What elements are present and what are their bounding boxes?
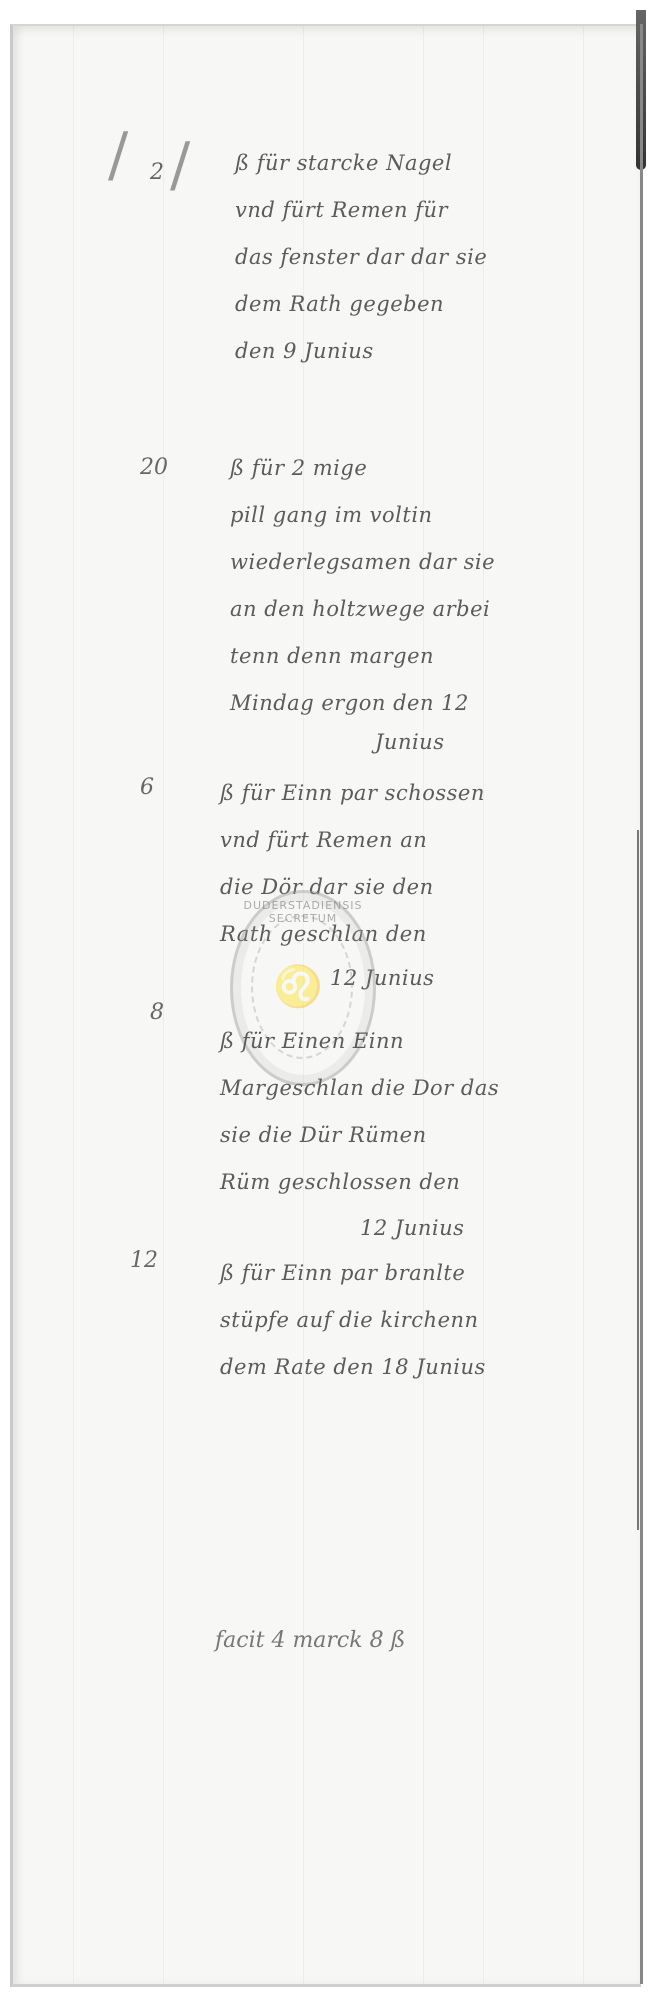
ledger-entry: ß für Einn par branlte stüpfe auf die ki… — [90, 1250, 486, 1391]
lion-emblem-icon: ♌ — [273, 963, 323, 1010]
entry-line: ß für Einn par schossen — [90, 770, 485, 817]
entry-line: sie die Dür Rümen — [90, 1112, 499, 1159]
entry-line: dem Rate den 18 Junius — [90, 1344, 486, 1391]
entry-line: den 9 Junius — [105, 328, 487, 375]
entry-line: vnd fürt Remen an — [90, 817, 485, 864]
entry-line: dem Rath gegeben — [105, 281, 487, 328]
seal-legend: DUDERSTADIENSIS SECRETUM — [233, 899, 373, 925]
sum-total: facit 4 marck 8 ß — [215, 1628, 405, 1653]
entry-line: vnd fürt Remen für — [105, 187, 487, 234]
ledger-entry: ß für Einen Einn Margeschlan die Dor das… — [90, 1018, 499, 1250]
entry-line: tenn denn margen — [100, 633, 495, 680]
paper-line — [583, 26, 584, 1984]
entry-line: stüpfe auf die kirchenn — [90, 1297, 486, 1344]
entry-line: ß für starcke Nagel — [105, 140, 487, 187]
entry-line: ß für Einn par branlte — [90, 1250, 486, 1297]
ledger-entry: ß für starcke Nagel vnd fürt Remen für d… — [105, 140, 487, 375]
entry-line: wiederlegsamen dar sie — [100, 539, 495, 586]
entry-line: ß für 2 mige — [100, 445, 495, 492]
entry-line: 12 Junius — [90, 1206, 499, 1250]
entry-line: Junius — [100, 727, 495, 757]
entry-line: das fenster dar dar sie — [105, 234, 487, 281]
paper-line — [73, 26, 74, 1984]
entry-line: an den holtzwege arbei — [100, 586, 495, 633]
entry-line: ß für Einen Einn — [90, 1018, 499, 1065]
page-edge — [640, 24, 643, 1984]
entry-line: Rüm geschlossen den — [90, 1159, 499, 1206]
ledger-entry: ß für 2 mige pill gang im voltin wiederl… — [100, 445, 495, 757]
entry-line: Margeschlan die Dor das — [90, 1065, 499, 1112]
margin-line — [637, 830, 639, 1530]
entry-line: Mindag ergon den 12 — [100, 680, 495, 727]
entry-line: pill gang im voltin — [100, 492, 495, 539]
